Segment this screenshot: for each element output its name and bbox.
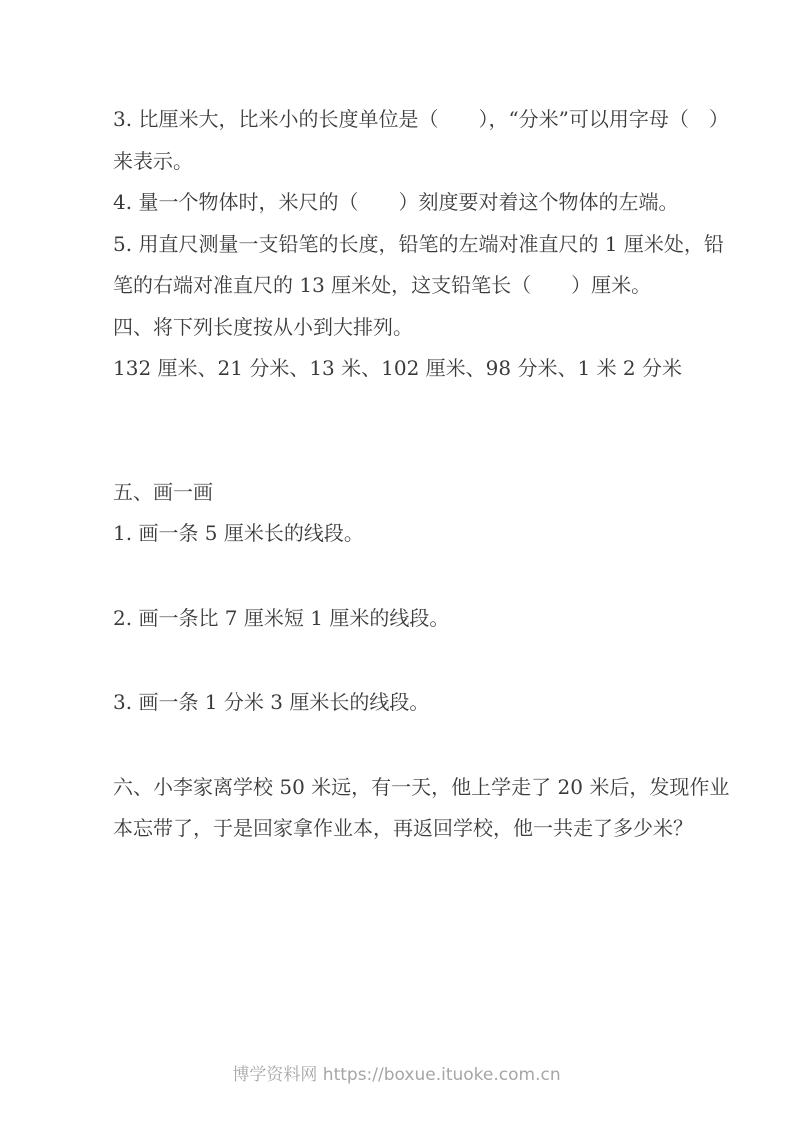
- question-3-line-2: 来表示。: [113, 141, 713, 183]
- page-footer-watermark: 博学资料网 https://boxue.ituoke.com.cn: [0, 1062, 793, 1088]
- section-four-title: 四、将下列长度按从小到大排列。: [113, 307, 713, 349]
- section-five-question-3: 3. 画一条 1 分米 3 厘米长的线段。: [113, 682, 713, 724]
- section-four-items: 132 厘米、21 分米、13 米、102 厘米、98 分米、1 米 2 分米: [113, 348, 713, 390]
- question-4-line-1: 4. 量一个物体时，米尺的（ ）刻度要对着这个物体的左端。: [113, 182, 713, 224]
- section-five-title: 五、画一画: [113, 472, 713, 514]
- question-3-line-1: 3. 比厘米大，比米小的长度单位是（ ），“分米”可以用字母（ ）: [113, 99, 713, 141]
- section-five-question-2: 2. 画一条比 7 厘米短 1 厘米的线段。: [113, 598, 713, 640]
- worksheet-content: 3. 比厘米大，比米小的长度单位是（ ），“分米”可以用字母（ ） 来表示。 4…: [113, 99, 713, 850]
- question-5-line-1: 5. 用直尺测量一支铅笔的长度，铅笔的左端对准直尺的 1 厘米处，铅: [113, 224, 713, 266]
- section-six-line-2: 本忘带了，于是回家拿作业本，再返回学校，他一共走了多少米？: [113, 808, 713, 850]
- section-six-line-1: 六、小李家离学校 50 米远，有一天，他上学走了 20 米后，发现作业: [113, 767, 713, 809]
- worksheet-page: 3. 比厘米大，比米小的长度单位是（ ），“分米”可以用字母（ ） 来表示。 4…: [0, 0, 793, 1122]
- question-5-line-2: 笔的右端对准直尺的 13 厘米处，这支铅笔长（ ）厘米。: [113, 265, 713, 307]
- section-five-question-1: 1. 画一条 5 厘米长的线段。: [113, 513, 713, 555]
